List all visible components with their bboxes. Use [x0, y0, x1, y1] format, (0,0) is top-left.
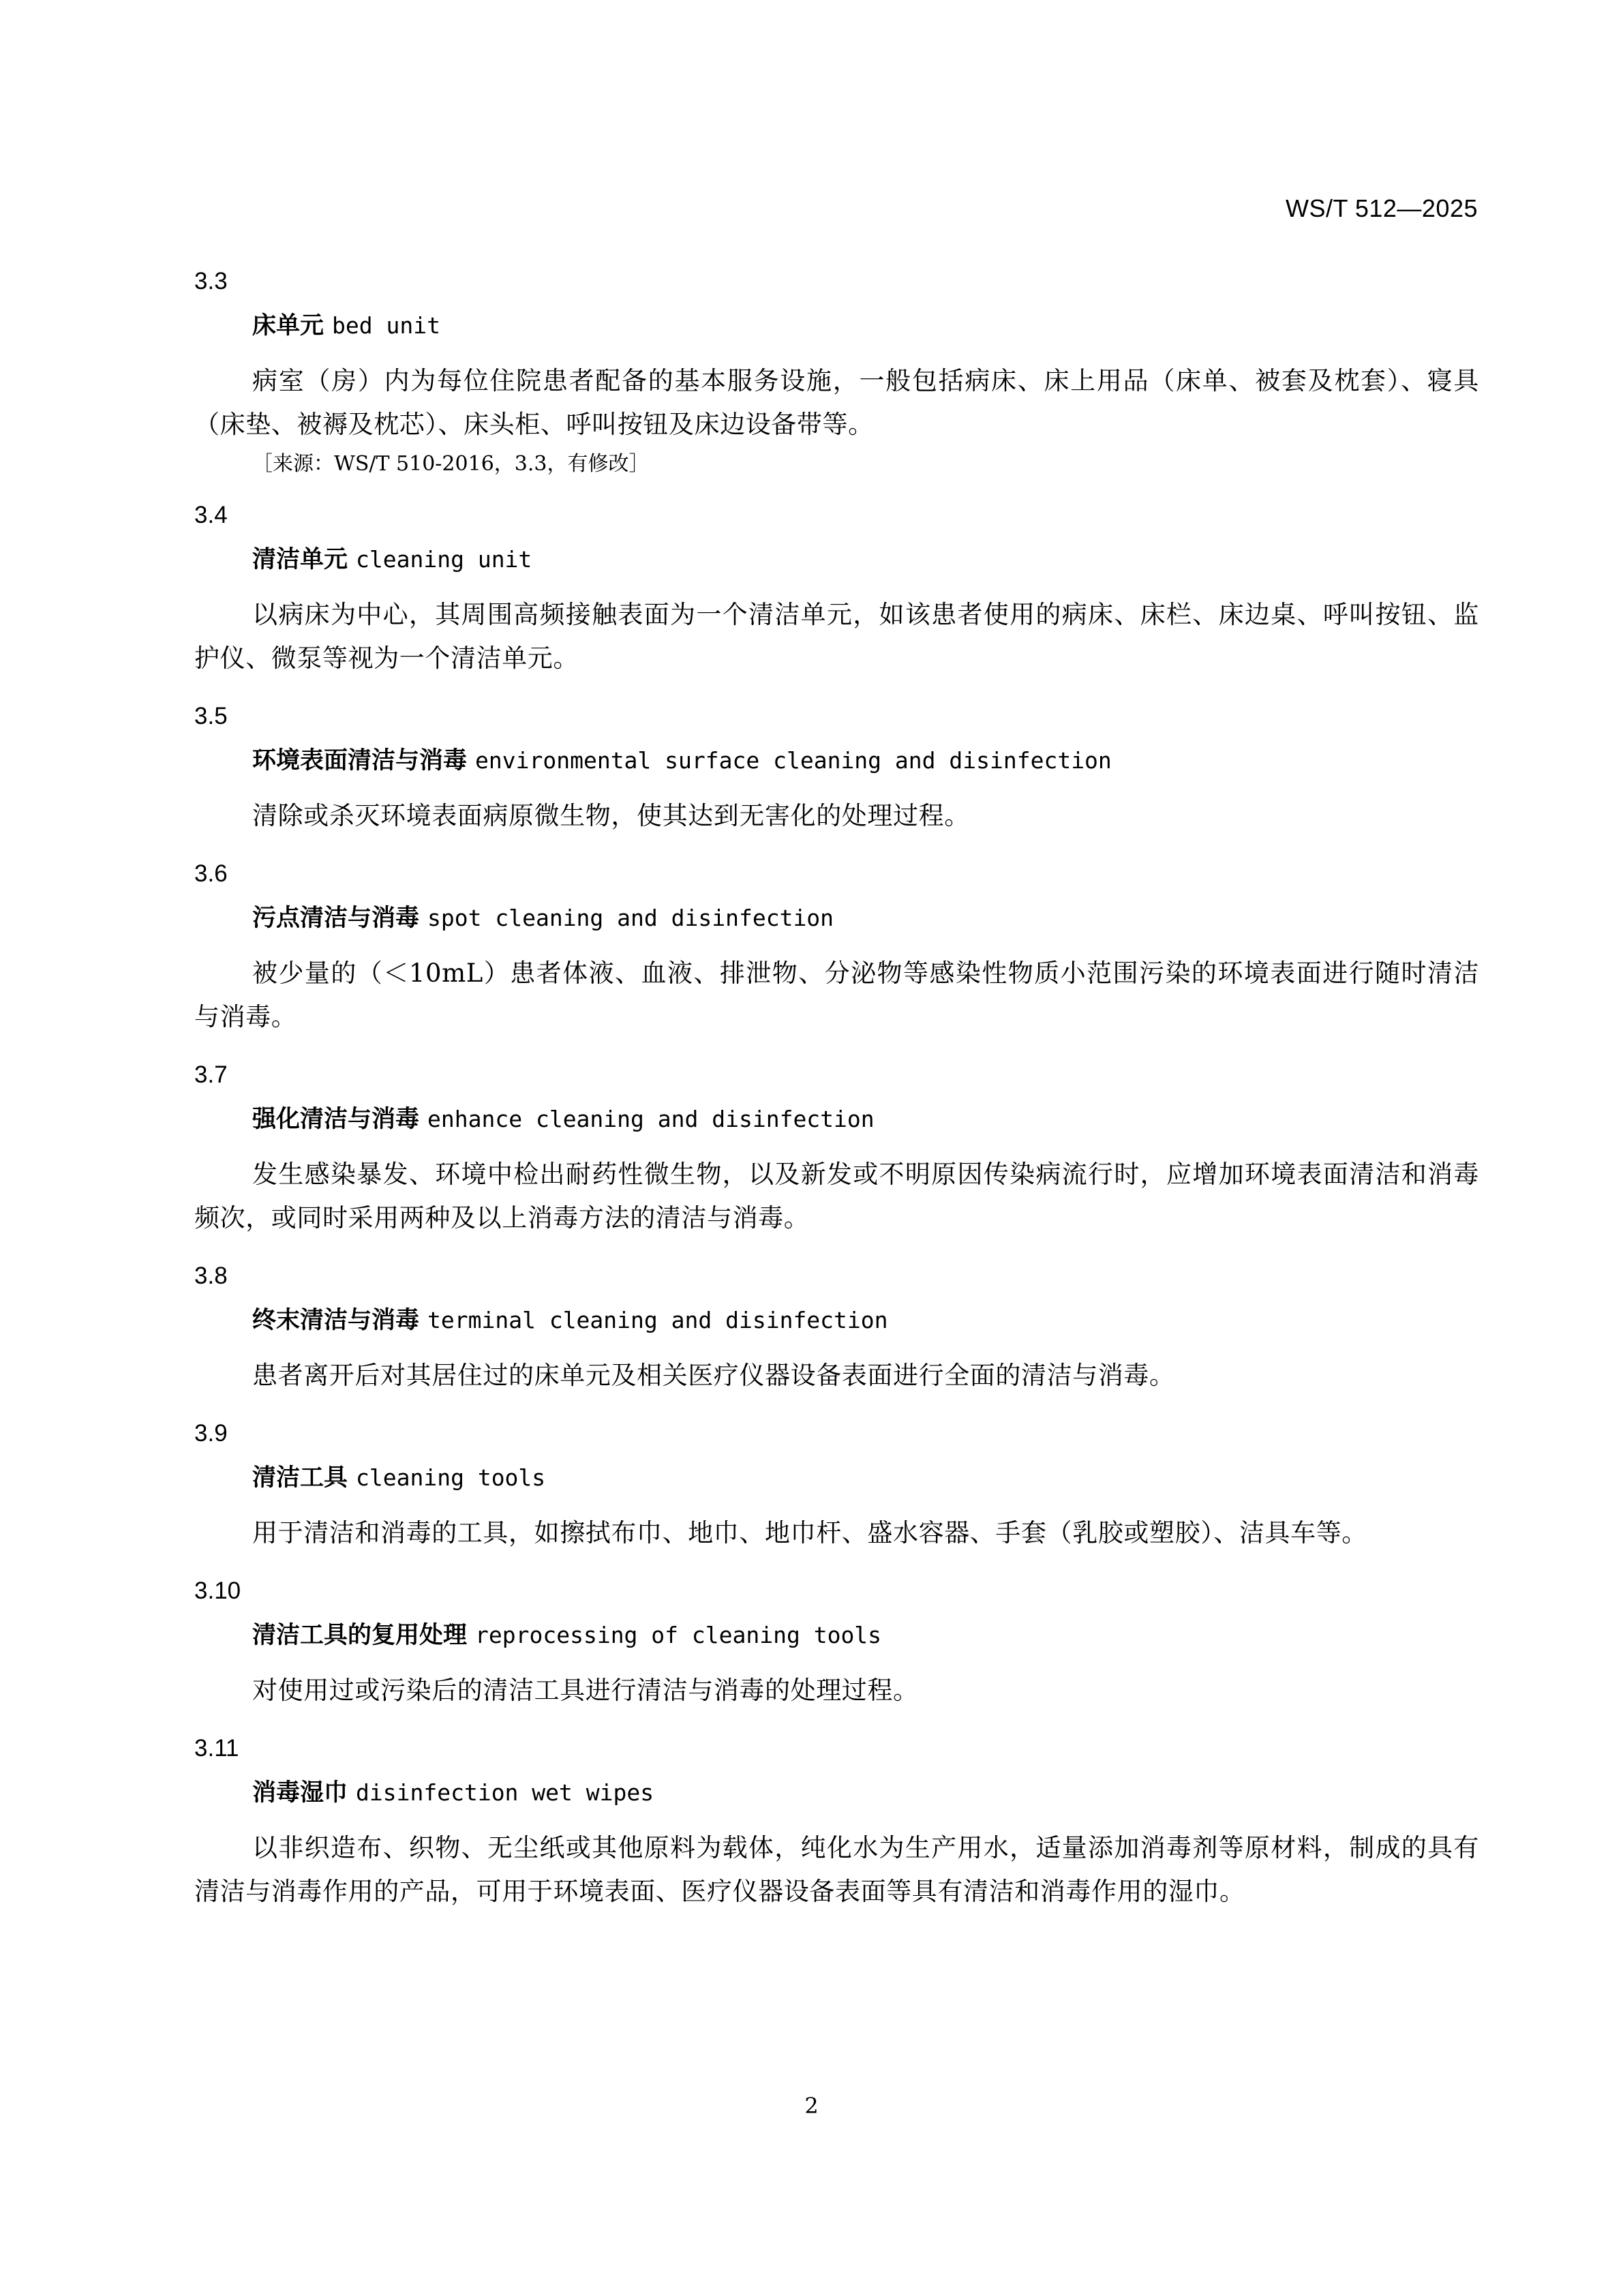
- term-3-5: 3.5 环境表面清洁与消毒environmental surface clean…: [194, 699, 1479, 838]
- term-definition: 发生感染暴发、环境中检出耐药性微生物，以及新发或不明原因传染病流行时，应增加环境…: [194, 1153, 1479, 1240]
- term-title-en: cleaning unit: [356, 546, 532, 573]
- term-number: 3.9: [194, 1417, 1479, 1451]
- term-title-en: reprocessing of cleaning tools: [475, 1622, 881, 1648]
- term-title-zh: 消毒湿巾: [252, 1779, 348, 1807]
- term-number: 3.3: [194, 265, 1479, 299]
- term-title: 终末清洁与消毒terminal cleaning and disinfectio…: [194, 1303, 1479, 1338]
- term-3-7: 3.7 强化清洁与消毒enhance cleaning and disinfec…: [194, 1058, 1479, 1240]
- term-title: 清洁工具的复用处理reprocessing of cleaning tools: [194, 1618, 1479, 1652]
- term-title-zh: 污点清洁与消毒: [252, 905, 419, 932]
- term-number: 3.11: [194, 1732, 1479, 1766]
- term-definition: 对使用过或污染后的清洁工具进行清洁与消毒的处理过程。: [194, 1669, 1479, 1712]
- term-title-zh: 清洁工具: [252, 1464, 348, 1492]
- term-number: 3.7: [194, 1058, 1479, 1092]
- term-title: 污点清洁与消毒spot cleaning and disinfection: [194, 901, 1479, 935]
- term-3-6: 3.6 污点清洁与消毒spot cleaning and disinfectio…: [194, 857, 1479, 1039]
- term-definition: 以非织造布、织物、无尘纸或其他原料为载体，纯化水为生产用水，适量添加消毒剂等原材…: [194, 1826, 1479, 1914]
- standard-code-header: WS/T 512—2025: [1286, 194, 1478, 223]
- term-source-note: ［来源：WS/T 510-2016，3.3，有修改］: [194, 449, 1479, 479]
- term-3-8: 3.8 终末清洁与消毒terminal cleaning and disinfe…: [194, 1259, 1479, 1398]
- term-title-en: disinfection wet wipes: [356, 1779, 654, 1806]
- term-title: 消毒湿巾disinfection wet wipes: [194, 1776, 1479, 1810]
- term-title-en: enhance cleaning and disinfection: [427, 1106, 875, 1132]
- document-page: WS/T 512—2025 3.3 床单元bed unit 病室（房）内为每位住…: [0, 0, 1623, 2296]
- term-3-4: 3.4 清洁单元cleaning unit 以病床为中心，其周围高频接触表面为一…: [194, 498, 1479, 680]
- term-title-zh: 环境表面清洁与消毒: [252, 747, 467, 774]
- term-number: 3.10: [194, 1574, 1479, 1608]
- term-title-zh: 床单元: [252, 312, 324, 339]
- term-number: 3.6: [194, 857, 1479, 891]
- term-title-zh: 强化清洁与消毒: [252, 1106, 419, 1133]
- page-number: 2: [0, 2093, 1623, 2119]
- term-title-en: cleaning tools: [356, 1464, 545, 1491]
- term-title: 清洁单元cleaning unit: [194, 543, 1479, 577]
- term-title-en: bed unit: [332, 312, 440, 339]
- term-title: 环境表面清洁与消毒environmental surface cleaning …: [194, 744, 1479, 778]
- term-title-zh: 清洁工具的复用处理: [252, 1622, 467, 1649]
- term-definition: 用于清洁和消毒的工具，如擦拭布巾、地巾、地巾杆、盛水容器、手套（乳胶或塑胶）、洁…: [194, 1511, 1479, 1555]
- term-3-10: 3.10 清洁工具的复用处理reprocessing of cleaning t…: [194, 1574, 1479, 1712]
- term-definition: 患者离开后对其居住过的床单元及相关医疗仪器设备表面进行全面的清洁与消毒。: [194, 1354, 1479, 1398]
- term-definition: 病室（房）内为每位住院患者配备的基本服务设施，一般包括病床、床上用品（床单、被套…: [194, 359, 1479, 447]
- term-3-9: 3.9 清洁工具cleaning tools 用于清洁和消毒的工具，如擦拭布巾、…: [194, 1417, 1479, 1555]
- term-title: 床单元bed unit: [194, 309, 1479, 343]
- term-title: 清洁工具cleaning tools: [194, 1461, 1479, 1495]
- term-title-en: environmental surface cleaning and disin…: [475, 747, 1112, 774]
- term-3-11: 3.11 消毒湿巾disinfection wet wipes 以非织造布、织物…: [194, 1732, 1479, 1914]
- terms-section: 3.3 床单元bed unit 病室（房）内为每位住院患者配备的基本服务设施，一…: [194, 265, 1479, 1933]
- term-title-en: terminal cleaning and disinfection: [427, 1307, 888, 1333]
- term-definition: 被少量的（＜10mL）患者体液、血液、排泄物、分泌物等感染性物质小范围污染的环境…: [194, 952, 1479, 1039]
- term-number: 3.4: [194, 498, 1479, 532]
- term-definition: 清除或杀灭环境表面病原微生物，使其达到无害化的处理过程。: [194, 794, 1479, 838]
- term-number: 3.5: [194, 699, 1479, 734]
- term-definition: 以病床为中心，其周围高频接触表面为一个清洁单元，如该患者使用的病床、床栏、床边桌…: [194, 593, 1479, 680]
- term-title: 强化清洁与消毒enhance cleaning and disinfection: [194, 1102, 1479, 1136]
- term-title-en: spot cleaning and disinfection: [427, 905, 834, 931]
- term-number: 3.8: [194, 1259, 1479, 1293]
- term-title-zh: 终末清洁与消毒: [252, 1307, 419, 1334]
- term-title-zh: 清洁单元: [252, 546, 348, 573]
- term-3-3: 3.3 床单元bed unit 病室（房）内为每位住院患者配备的基本服务设施，一…: [194, 265, 1479, 479]
